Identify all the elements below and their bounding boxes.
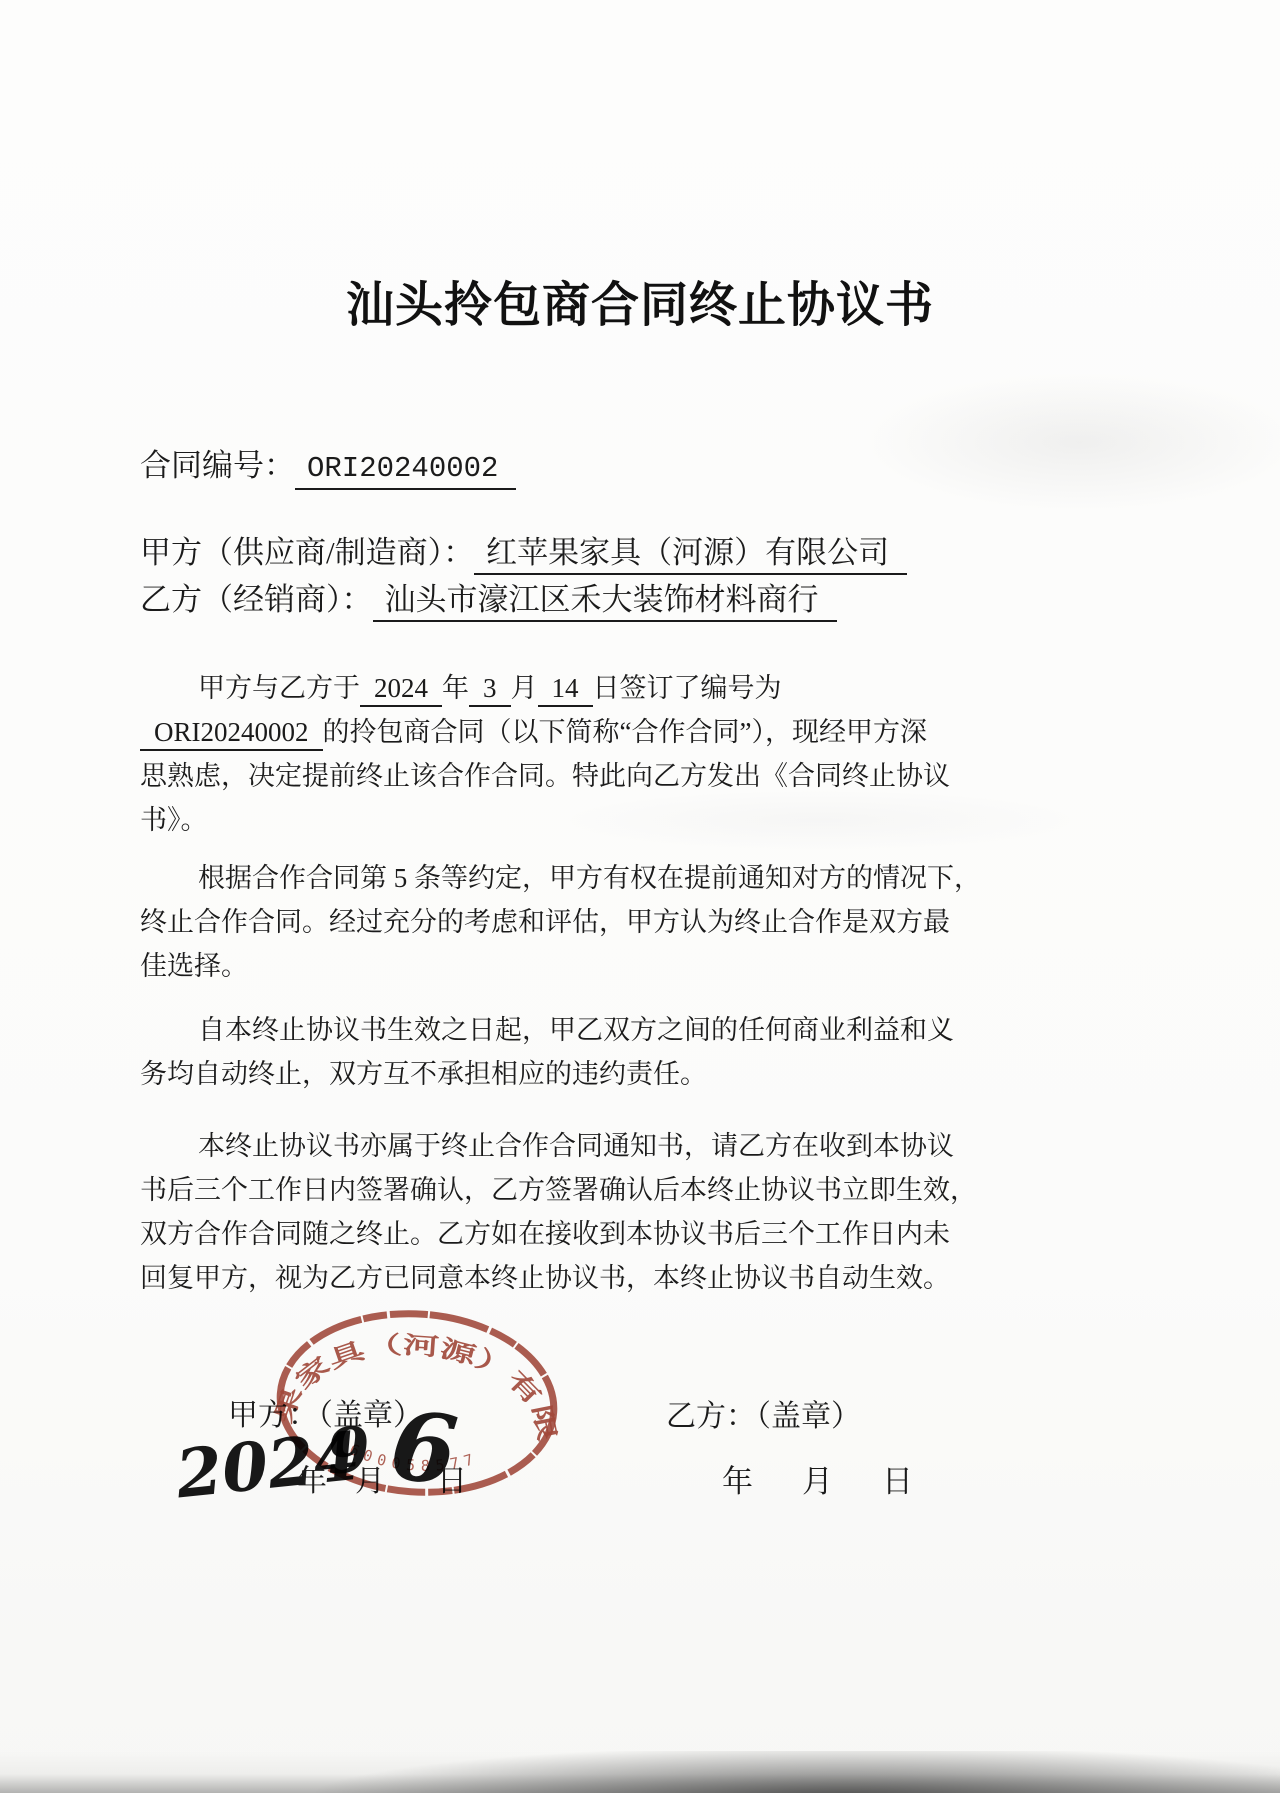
scan-smudge-middle bbox=[560, 790, 1080, 850]
paragraph-text: 本终止协议书亦属于终止合作合同通知书，请乙方在收到本协议 书后三个工作日内签署确… bbox=[140, 1131, 977, 1293]
paragraph-text: 月 bbox=[511, 673, 538, 703]
paragraph: 根据合作合同第 5 条等约定，甲方有权在提前通知对方的情况下， 终止合作合同。经… bbox=[140, 856, 1140, 988]
svg-text:红苹果家具（河源）有限公司: 红苹果家具（河源）有限公司 bbox=[262, 1297, 571, 1445]
company-seal-stamp: 红苹果家具（河源）有限公司 600058577 bbox=[262, 1297, 572, 1511]
party-b-value: 汕头市濠江区禾大装饰材料商行 bbox=[373, 582, 837, 622]
paragraph-text: 根据合作合同第 5 条等约定，甲方有权在提前通知对方的情况下， 终止合作合同。经… bbox=[140, 863, 981, 981]
scanned-contract-page: 汕头拎包商合同终止协议书 合同编号：ORI20240002 甲方（供应商/制造商… bbox=[0, 0, 1280, 1793]
paragraph: 本终止协议书亦属于终止合作合同通知书，请乙方在收到本协议 书后三个工作日内签署确… bbox=[140, 1124, 1140, 1300]
contract-number-label: 合同编号： bbox=[140, 448, 295, 483]
paragraph-text: 日签订了编号为 bbox=[593, 673, 782, 703]
filled-blank: ORI20240002 bbox=[140, 717, 323, 751]
party-b-date-blank: 年 月 日 bbox=[722, 1456, 922, 1501]
svg-text:600058577: 600058577 bbox=[346, 1440, 483, 1479]
paragraph: 自本终止协议书生效之日起，甲乙双方之间的任何商业利益和义 务均自动终止，双方互不… bbox=[140, 1008, 1140, 1096]
party-a-line: 甲方（供应商/制造商）：红苹果家具（河源）有限公司 bbox=[140, 529, 907, 576]
party-b-signature-label: 乙方：（盖章） bbox=[666, 1391, 861, 1435]
party-b-label: 乙方（经销商）： bbox=[140, 582, 373, 617]
contract-number-value: ORI20240002 bbox=[295, 452, 516, 490]
document-title: 汕头拎包商合同终止协议书 bbox=[0, 266, 1280, 335]
seal-number: 600058577 bbox=[346, 1440, 483, 1479]
seal-company-name: 红苹果家具（河源）有限公司 bbox=[262, 1297, 571, 1445]
scan-shadow-bottom bbox=[0, 1751, 1280, 1793]
filled-blank: 3 bbox=[469, 673, 511, 707]
contract-number-line: 合同编号：ORI20240002 bbox=[140, 440, 516, 485]
body-paragraphs: 甲方与乙方于2024年3月14日签订了编号为 ORI20240002的拎包商合同… bbox=[140, 666, 1140, 1300]
filled-blank: 14 bbox=[538, 673, 593, 707]
party-b-line: 乙方（经销商）：汕头市濠江区禾大装饰材料商行 bbox=[140, 576, 907, 623]
scan-smudge-top-right bbox=[860, 372, 1280, 512]
paragraph-text: 年 bbox=[442, 673, 469, 703]
parties-block: 甲方（供应商/制造商）：红苹果家具（河源）有限公司 乙方（经销商）：汕头市濠江区… bbox=[140, 529, 907, 623]
party-a-label: 甲方（供应商/制造商）： bbox=[140, 535, 474, 570]
filled-blank: 2024 bbox=[360, 673, 442, 707]
party-a-value: 红苹果家具（河源）有限公司 bbox=[474, 535, 907, 575]
paragraph-text: 自本终止协议书生效之日起，甲乙双方之间的任何商业利益和义 务均自动终止，双方互不… bbox=[140, 1015, 954, 1089]
paragraph-text: 甲方与乙方于 bbox=[198, 673, 360, 703]
